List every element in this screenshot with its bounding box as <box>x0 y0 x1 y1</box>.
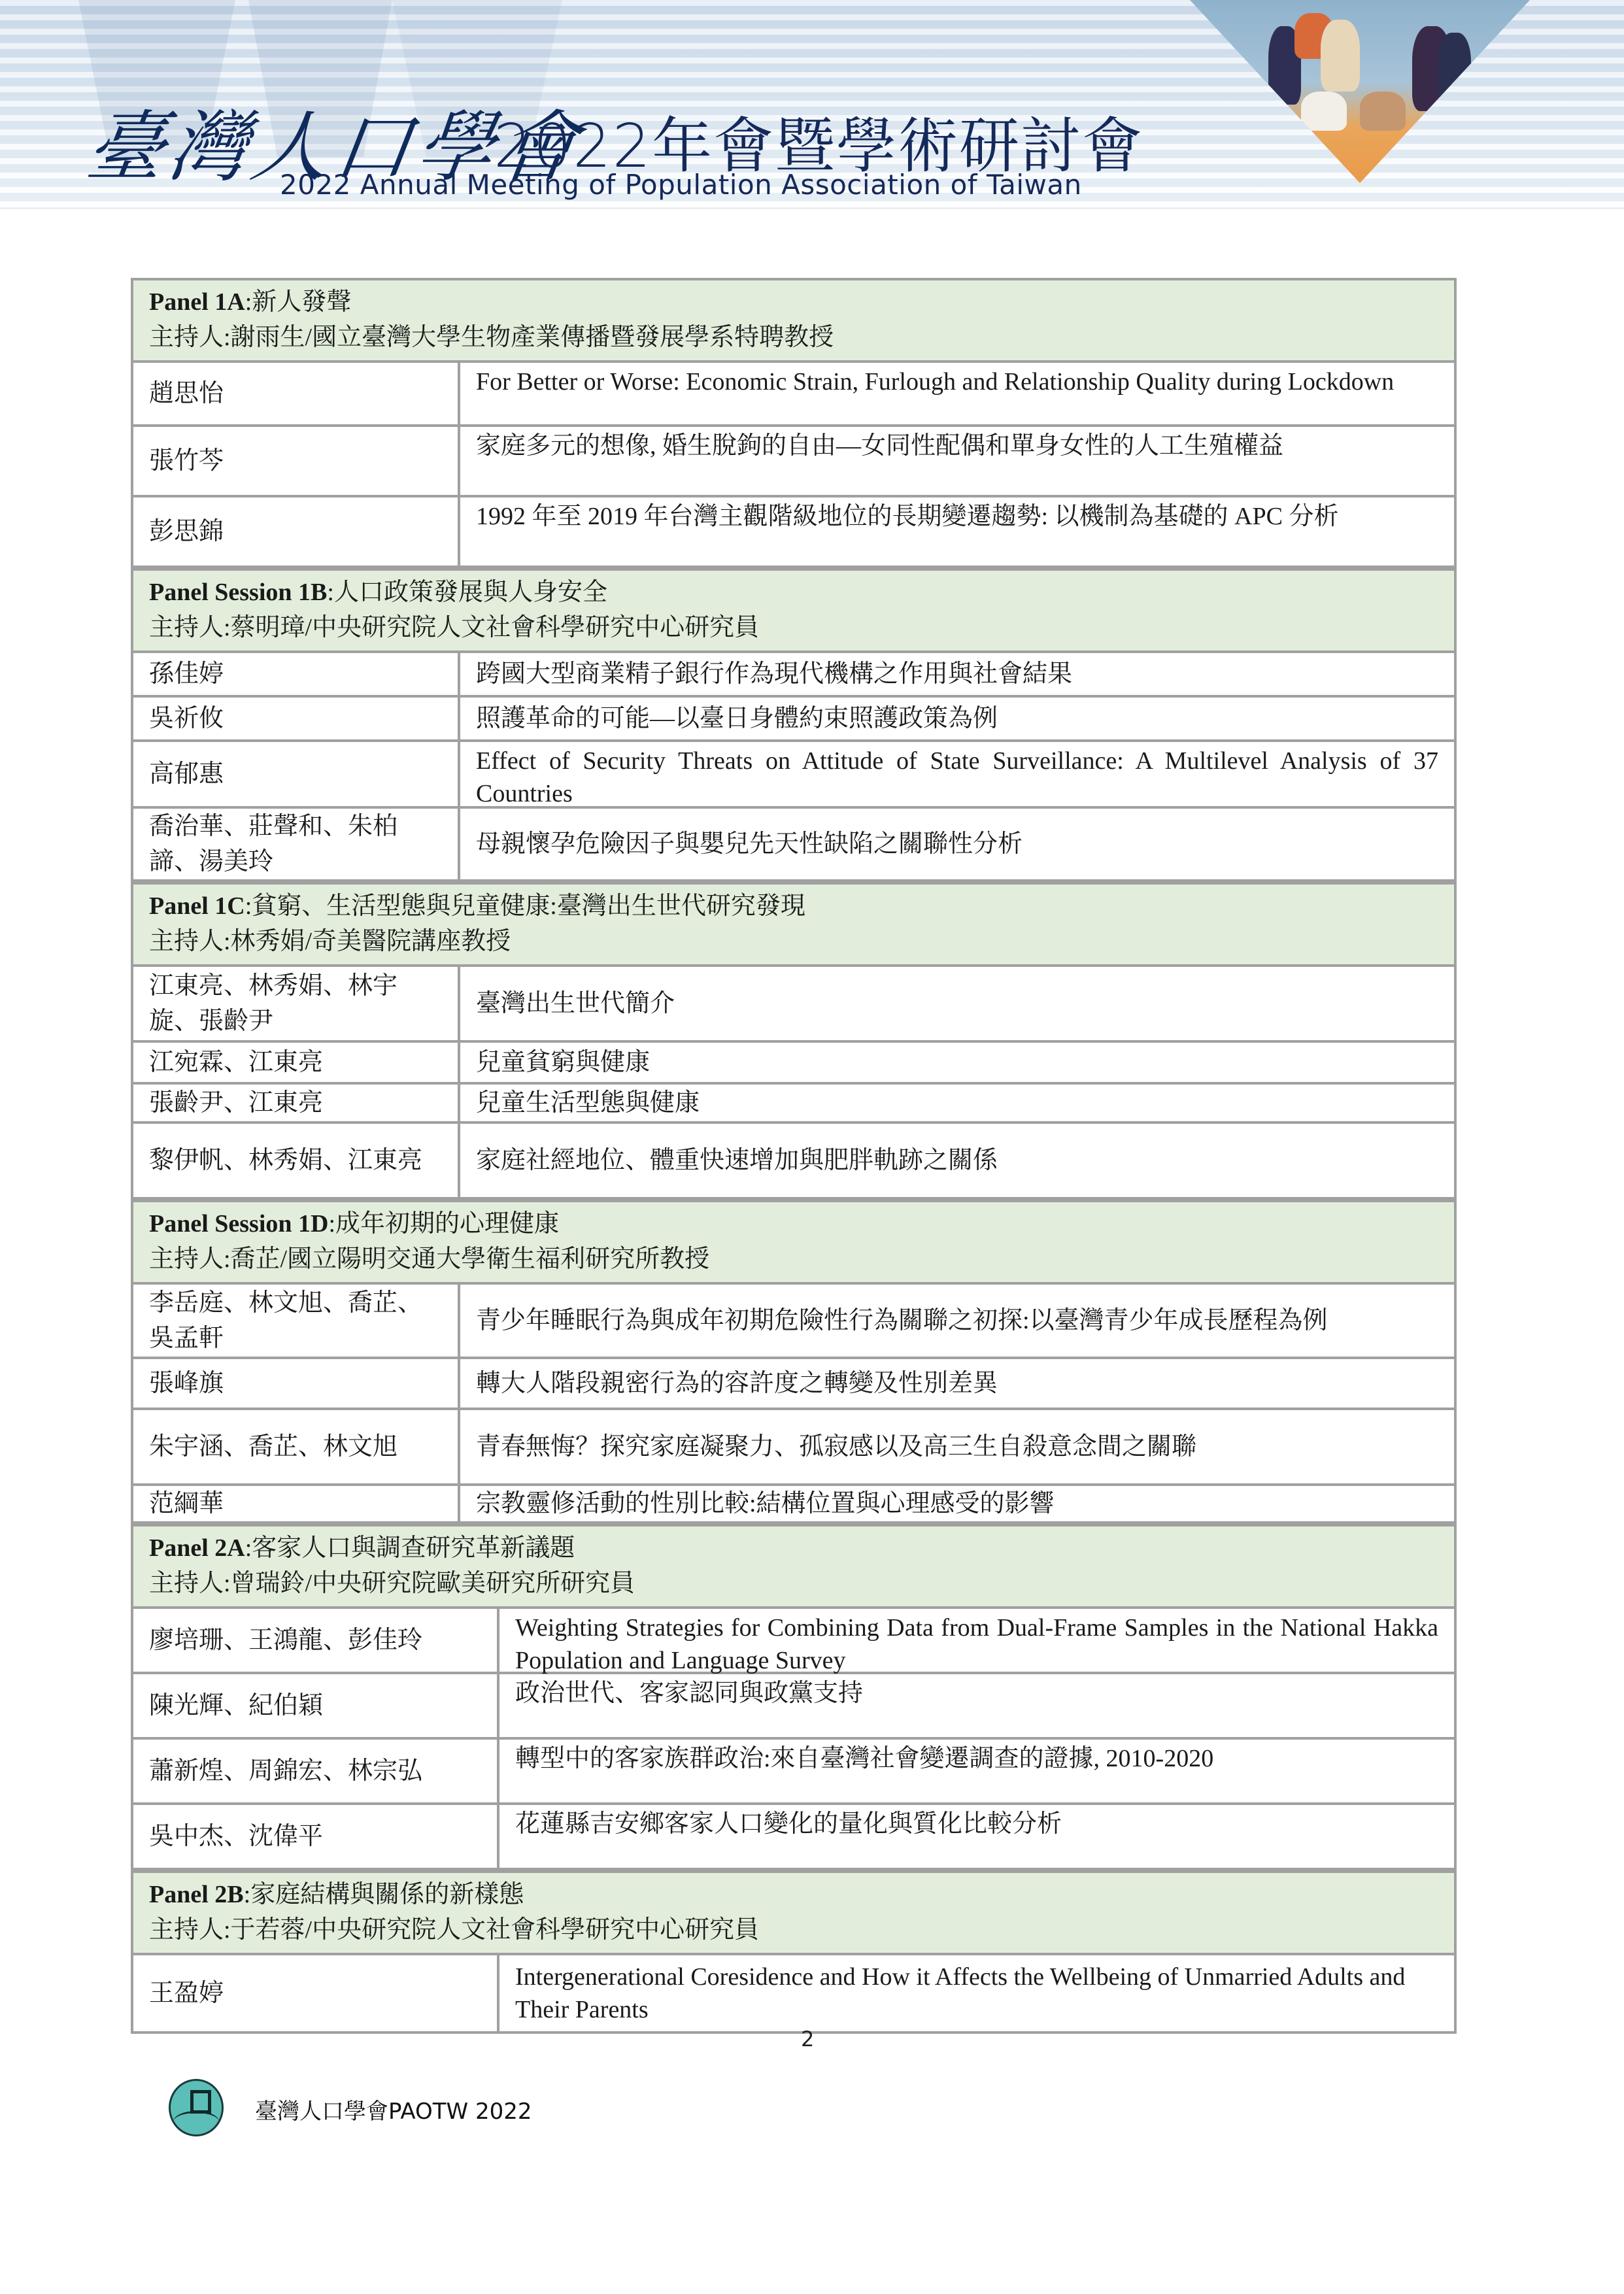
panel-code: Panel 2B <box>149 1881 244 1908</box>
paper-row: 吳祈攸 照護革命的可能—以臺日身體約束照護政策為例 <box>133 698 1454 742</box>
panel-topic: 成年初期的心理健康 <box>335 1210 559 1238</box>
paper-authors: 江宛霖、江東亮 <box>133 1043 460 1082</box>
panel-header: Panel 2B:家庭結構與關係的新樣態 主持人:于若蓉/中央研究院人文社會科學… <box>133 1870 1454 1955</box>
panel-topic: 新人發聲 <box>252 288 351 316</box>
header-banner: 臺灣人口學會 2022年會暨學術研討會 2022 Annual Meeting … <box>0 0 1624 209</box>
paper-row: 張齡尹、江東亮 兒童生活型態與健康 <box>133 1085 1454 1124</box>
paper-title: 青少年睡眠行為與成年初期危險性行為關聯之初探:以臺灣青少年成長歷程為例 <box>460 1285 1454 1357</box>
paper-authors: 張峰旗 <box>133 1359 460 1408</box>
paper-row: 江東亮、林秀娟、林宇旋、張齡尹 臺灣出生世代簡介 <box>133 967 1454 1043</box>
panel-code: Panel Session 1B <box>149 579 327 606</box>
paper-title: 轉大人階段親密行為的容許度之轉變及性別差異 <box>460 1359 1454 1408</box>
paper-title: Weighting Strategies for Combining Data … <box>499 1609 1454 1672</box>
paper-row: 江宛霖、江東亮 兒童貧窮與健康 <box>133 1043 1454 1085</box>
paper-authors: 喬治華、莊聲和、朱柏諦、湯美玲 <box>133 809 460 879</box>
panel-header: Panel 1C:貧窮、生活型態與兒童健康:臺灣出生世代研究發現 主持人:林秀娟… <box>133 882 1454 967</box>
paper-title: 政治世代、客家認同與政黨支持 <box>499 1674 1454 1737</box>
paper-title: 跨國大型商業精子銀行作為現代機構之作用與社會結果 <box>460 653 1454 695</box>
paper-authors: 李岳庭、林文旭、喬芷、吳孟軒 <box>133 1285 460 1357</box>
paper-row: 廖培珊、王鴻龍、彭佳玲 Weighting Strategies for Com… <box>133 1609 1454 1674</box>
panel-topic: 客家人口與調查研究革新議題 <box>252 1534 575 1562</box>
paper-title: For Better or Worse: Economic Strain, Fu… <box>460 363 1454 424</box>
paper-title: 照護革命的可能—以臺日身體約束照護政策為例 <box>460 698 1454 739</box>
paper-title: 家庭社經地位、體重快速增加與肥胖軌跡之關係 <box>460 1124 1454 1197</box>
panel-code: Panel 1A <box>149 288 245 316</box>
paper-authors: 彭思錦 <box>133 498 460 565</box>
panel-moderator: 主持人:于若蓉/中央研究院人文社會科學研究中心研究員 <box>149 1912 1441 1948</box>
paper-title: 1992 年至 2019 年台灣主觀階級地位的長期變遷趨勢: 以機制為基礎的 A… <box>460 498 1454 565</box>
paotw-logo-icon <box>169 2079 224 2136</box>
paper-row: 陳光輝、紀伯穎 政治世代、客家認同與政黨支持 <box>133 1674 1454 1740</box>
panel-moderator: 主持人:謝雨生/國立臺灣大學生物產業傳播暨發展學系特聘教授 <box>149 320 1441 355</box>
panel-code: Panel 2A <box>149 1534 245 1562</box>
paper-authors: 趙思怡 <box>133 363 460 424</box>
paper-row: 張峰旗 轉大人階段親密行為的容許度之轉變及性別差異 <box>133 1359 1454 1410</box>
page-number: 2 <box>801 2027 814 2051</box>
panel-moderator: 主持人:曾瑞鈴/中央研究院歐美研究所研究員 <box>149 1566 1441 1601</box>
paper-row: 王盈婷 Intergenerational Coresidence and Ho… <box>133 1955 1454 2031</box>
paper-row: 趙思怡 For Better or Worse: Economic Strain… <box>133 363 1454 427</box>
paper-title: 臺灣出生世代簡介 <box>460 967 1454 1040</box>
paper-row: 高郁惠 Effect of Security Threats on Attitu… <box>133 742 1454 809</box>
panel-topic: 貧窮、生活型態與兒童健康:臺灣出生世代研究發現 <box>252 892 805 920</box>
footer-org-text: 臺灣人口學會PAOTW 2022 <box>255 2093 532 2125</box>
panel-code: Panel Session 1D <box>149 1210 328 1238</box>
panel-header: Panel Session 1B:人口政策發展與人身安全 主持人:蔡明璋/中央研… <box>133 568 1454 653</box>
paper-title: 花蓮縣吉安鄉客家人口變化的量化與質化比較分析 <box>499 1805 1454 1868</box>
paper-authors: 廖培珊、王鴻龍、彭佳玲 <box>133 1609 499 1672</box>
paper-title: 家庭多元的想像, 婚生脫鉤的自由—女同性配偶和單身女性的人工生殖權益 <box>460 427 1454 495</box>
paper-authors: 吳中杰、沈偉平 <box>133 1805 499 1868</box>
paper-row: 吳中杰、沈偉平 花蓮縣吉安鄉客家人口變化的量化與質化比較分析 <box>133 1805 1454 1870</box>
paper-authors: 蕭新煌、周錦宏、林宗弘 <box>133 1740 499 1802</box>
paper-title: 母親懷孕危險因子與嬰兒先天性缺陷之關聯性分析 <box>460 809 1454 879</box>
panel-header: Panel 2A:客家人口與調查研究革新議題 主持人:曾瑞鈴/中央研究院歐美研究… <box>133 1524 1454 1609</box>
panel-code: Panel 1C <box>149 892 245 920</box>
paper-row: 喬治華、莊聲和、朱柏諦、湯美玲 母親懷孕危險因子與嬰兒先天性缺陷之關聯性分析 <box>133 809 1454 882</box>
paper-row: 張竹芩 家庭多元的想像, 婚生脫鉤的自由—女同性配偶和單身女性的人工生殖權益 <box>133 427 1454 498</box>
paper-row: 范綱華 宗教靈修活動的性別比較:結構位置與心理感受的影響 <box>133 1486 1454 1524</box>
paper-title: Intergenerational Coresidence and How it… <box>499 1955 1454 2031</box>
paper-title: 轉型中的客家族群政治:來自臺灣社會變遷調查的證據, 2010-2020 <box>499 1740 1454 1802</box>
panel-header: Panel 1A:新人發聲 主持人:謝雨生/國立臺灣大學生物產業傳播暨發展學系特… <box>133 280 1454 363</box>
family-illustration-icon <box>1190 0 1530 183</box>
paper-row: 孫佳婷 跨國大型商業精子銀行作為現代機構之作用與社會結果 <box>133 653 1454 698</box>
paper-title: 兒童生活型態與健康 <box>460 1085 1454 1121</box>
paper-authors: 黎伊帆、林秀娟、江東亮 <box>133 1124 460 1197</box>
paper-authors: 范綱華 <box>133 1486 460 1521</box>
paper-authors: 吳祈攸 <box>133 698 460 739</box>
paper-row: 蕭新煌、周錦宏、林宗弘 轉型中的客家族群政治:來自臺灣社會變遷調查的證據, 20… <box>133 1740 1454 1805</box>
panel-topic: 人口政策發展與人身安全 <box>334 579 607 606</box>
paper-title: 兒童貧窮與健康 <box>460 1043 1454 1082</box>
conference-title-en: 2022 Annual Meeting of Population Associ… <box>280 169 1082 201</box>
paper-authors: 王盈婷 <box>133 1955 499 2031</box>
panel-moderator: 主持人:林秀娟/奇美醫院講座教授 <box>149 924 1441 959</box>
panel-header: Panel Session 1D:成年初期的心理健康 主持人:喬芷/國立陽明交通… <box>133 1200 1454 1285</box>
paper-row: 李岳庭、林文旭、喬芷、吳孟軒 青少年睡眠行為與成年初期危險性行為關聯之初探:以臺… <box>133 1285 1454 1359</box>
paper-row: 黎伊帆、林秀娟、江東亮 家庭社經地位、體重快速增加與肥胖軌跡之關係 <box>133 1124 1454 1200</box>
panel-topic: 家庭結構與關係的新樣態 <box>250 1881 524 1908</box>
paper-authors: 孫佳婷 <box>133 653 460 695</box>
paper-authors: 張齡尹、江東亮 <box>133 1085 460 1121</box>
paper-authors: 江東亮、林秀娟、林宇旋、張齡尹 <box>133 967 460 1040</box>
paper-row: 彭思錦 1992 年至 2019 年台灣主觀階級地位的長期變遷趨勢: 以機制為基… <box>133 498 1454 568</box>
panel-moderator: 主持人:蔡明璋/中央研究院人文社會科學研究中心研究員 <box>149 610 1441 645</box>
paper-authors: 朱宇涵、喬芷、林文旭 <box>133 1410 460 1483</box>
paper-title: 青春無悔？探究家庭凝聚力、孤寂感以及高三生自殺意念間之關聯 <box>460 1410 1454 1483</box>
paper-authors: 高郁惠 <box>133 742 460 806</box>
panel-moderator: 主持人:喬芷/國立陽明交通大學衛生福利研究所教授 <box>149 1241 1441 1277</box>
paper-row: 朱宇涵、喬芷、林文旭 青春無悔？探究家庭凝聚力、孤寂感以及高三生自殺意念間之關聯 <box>133 1410 1454 1486</box>
program-table: Panel 1A:新人發聲 主持人:謝雨生/國立臺灣大學生物產業傳播暨發展學系特… <box>131 278 1457 2034</box>
paper-title: Effect of Security Threats on Attitude o… <box>460 742 1454 806</box>
paper-title: 宗教靈修活動的性別比較:結構位置與心理感受的影響 <box>460 1486 1454 1521</box>
paper-authors: 陳光輝、紀伯穎 <box>133 1674 499 1737</box>
paper-authors: 張竹芩 <box>133 427 460 495</box>
